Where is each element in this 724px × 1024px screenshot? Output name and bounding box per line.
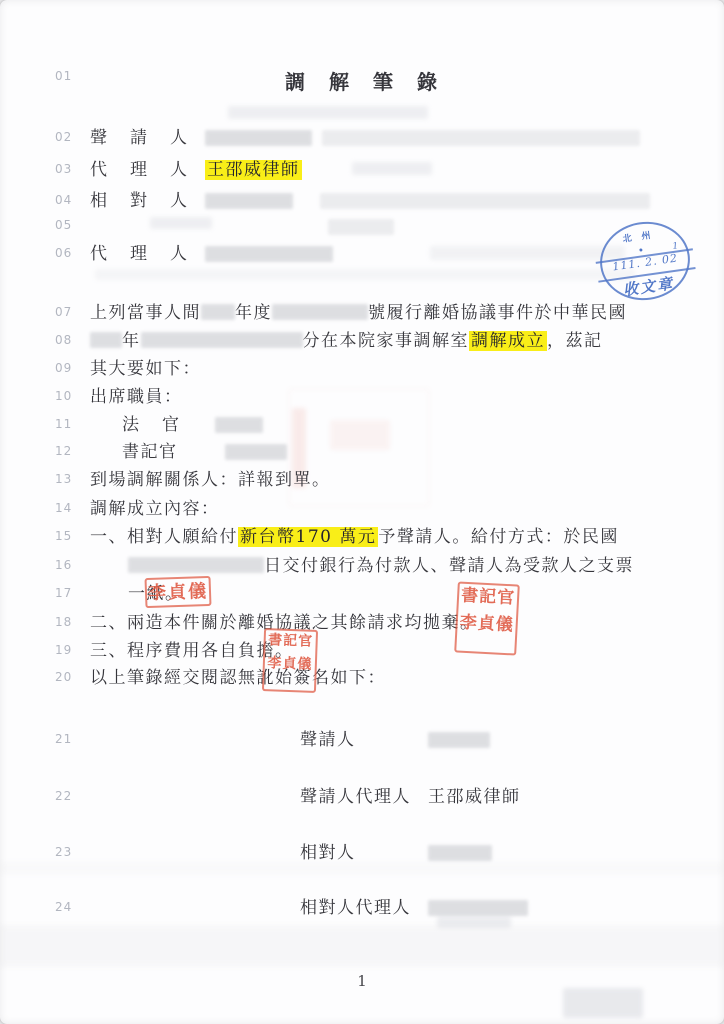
line-13: 13 到場調解關係人：詳報到單。 (0, 469, 724, 493)
line-number: 23 (55, 845, 72, 859)
line-number: 03 (55, 162, 72, 176)
line-20: 20 以上筆錄經交閱認無訛始簽名如下： (0, 667, 724, 691)
line-number: 02 (55, 130, 72, 144)
payment-method-text: 日交付銀行為付款人、聲請人為受款人之支票 (264, 556, 634, 576)
bleedthrough-text (95, 269, 635, 280)
line-08: 08 年分在本院家事調解室調解成立，茲記 (0, 330, 724, 354)
line-07: 07 上列當事人間年度號履行離婚協議事件於中華民國 (0, 302, 724, 326)
redacted-applicant-name (205, 130, 312, 146)
line-12: 12 書記官 (0, 441, 724, 465)
sig-respondent-label: 相對人 (300, 842, 356, 864)
receipt-stamp-dot (639, 248, 642, 251)
clause1-lead-text: 一、相對人願給付 (90, 527, 238, 547)
line-number: 12 (55, 444, 72, 458)
line-number: 07 (55, 305, 72, 319)
redacted-applicant-info (322, 130, 640, 146)
line-number: 09 (55, 361, 72, 375)
redacted-payment-date (128, 557, 264, 573)
line-14: 14 調解成立內容： (0, 498, 724, 522)
payment-amount-highlighted: 新台幣170 萬元 (238, 527, 378, 547)
line-04: 04 相 對 人 (0, 190, 724, 214)
summary-intro-text: 其大要如下： (90, 358, 201, 380)
redacted-respondent-signature (428, 845, 492, 861)
clerk-title-text: 書記官 (459, 587, 518, 609)
redacted-agent2-name (205, 246, 333, 262)
applicant-label: 聲 請 人 (90, 127, 190, 149)
line-number: 18 (55, 615, 72, 629)
clerk-name-stamp: 李貞儀 (144, 576, 211, 608)
redacted-respondent-agent-signature (428, 900, 528, 916)
agent-label: 代 理 人 (90, 159, 190, 181)
line-15: 15 一、相對人願給付新台幣170 萬元予聲請人。給付方式：於民國 (0, 526, 724, 550)
line-number: 06 (55, 246, 72, 260)
line-number: 21 (55, 732, 72, 746)
line-number: 22 (55, 789, 72, 803)
case-type-text: 號履行離婚協議事件於中華民國 (368, 303, 627, 323)
clerk-label: 書記官 (122, 441, 178, 463)
case-year-label: 年度 (235, 303, 272, 323)
scan-artifact-band (0, 925, 724, 967)
clerk-title-stamp-middle: 書記官 李貞儀 (262, 628, 318, 693)
case-intro-text: 上列當事人間 (90, 303, 201, 323)
line-22: 22 聲請人代理人 王邵威律師 (0, 786, 724, 810)
line-number: 04 (55, 193, 72, 207)
redacted-date-time (141, 332, 303, 348)
location-text: 分在本院家事調解室 (303, 331, 470, 351)
redacted-respondent-info (320, 193, 650, 209)
line-24: 24 相對人代理人 (0, 897, 724, 921)
redacted-applicant-signature (428, 732, 490, 748)
attendees-heading: 出席職員： (90, 386, 183, 408)
redacted-case-number (272, 304, 368, 320)
line-17: 17 一紙。 (0, 583, 724, 607)
scanned-mediation-record-page: 01 調 解 筆 錄 02 聲 請 人 03 代 理 人 王邵威律師 04 相 … (0, 0, 724, 1024)
page-title: 調 解 筆 錄 (0, 66, 724, 95)
line-number: 10 (55, 389, 72, 403)
line-number: 15 (55, 529, 72, 543)
line-number: 17 (55, 586, 72, 600)
line-02: 02 聲 請 人 (0, 127, 724, 151)
line-18: 18 二、兩造本件關於離婚協議之其餘請求均拋棄。 (0, 612, 724, 636)
line-number: 11 (55, 417, 72, 431)
redacted-info (328, 219, 394, 235)
line-number: 08 (55, 333, 72, 347)
agent2-label: 代 理 人 (90, 243, 190, 265)
clerk-name-stamp-text: 李貞儀 (147, 578, 210, 607)
sig-applicant-agent-label: 聲請人代理人 (300, 786, 411, 808)
line-10: 10 出席職員： (0, 386, 724, 410)
clerk-title-stamp-right: 書記官 李貞儀 (454, 581, 520, 655)
redacted-clerk-name (225, 444, 287, 460)
line-number: 13 (55, 472, 72, 486)
agent-name-highlighted: 王邵威律師 (205, 160, 302, 180)
line-number: 19 (55, 643, 72, 657)
closing-statement-text: 以上筆錄經交閱認無訛始簽名如下： (90, 667, 386, 689)
line-03: 03 代 理 人 王邵威律師 (0, 159, 724, 183)
sig-applicant-label: 聲請人 (300, 729, 356, 751)
redacted-year (201, 304, 235, 320)
clerk-name-text: 李貞儀 (265, 657, 316, 674)
clause1-tail-text: 予聲請人。給付方式：於民國 (378, 527, 619, 547)
respondent-label: 相 對 人 (90, 190, 190, 212)
line-11: 11 法 官 (0, 414, 724, 438)
line-01: 01 調 解 筆 錄 (0, 66, 724, 90)
line-number: 14 (55, 501, 72, 515)
line08-tail-text: ，茲記 (547, 331, 603, 351)
line-21: 21 聲請人 (0, 729, 724, 753)
line-23: 23 相對人 (0, 842, 724, 866)
judge-label: 法 官 (122, 414, 182, 436)
page-number: 1 (0, 972, 724, 990)
participants-text: 到場調解關係人：詳報到單。 (90, 469, 331, 491)
clerk-title-text: 書記官 (265, 633, 316, 650)
mediation-established-highlighted: 調解成立 (469, 331, 547, 351)
bleedthrough-text (228, 106, 428, 119)
agreement-heading: 調解成立內容： (90, 498, 220, 520)
line-09: 09 其大要如下： (0, 358, 724, 382)
sig-applicant-agent-name: 王邵威律師 (428, 786, 521, 808)
line-number: 24 (55, 900, 72, 914)
line-16: 16 日交付銀行為付款人、聲請人為受款人之支票 (0, 555, 724, 579)
redacted-judge-name (215, 417, 263, 433)
redacted-respondent-name (205, 193, 293, 209)
sig-respondent-agent-label: 相對人代理人 (300, 897, 411, 919)
bleedthrough-text (563, 988, 643, 1018)
redacted-year-value (90, 332, 122, 348)
year-label: 年 (122, 331, 141, 351)
line-number: 16 (55, 558, 72, 572)
line-number: 05 (55, 218, 72, 232)
line-number: 20 (55, 670, 72, 684)
line-19: 19 三、程序費用各自負擔。 (0, 640, 724, 664)
receipt-stamp-label: 收文章 (605, 270, 693, 303)
clerk-name-text: 李貞儀 (457, 613, 516, 635)
